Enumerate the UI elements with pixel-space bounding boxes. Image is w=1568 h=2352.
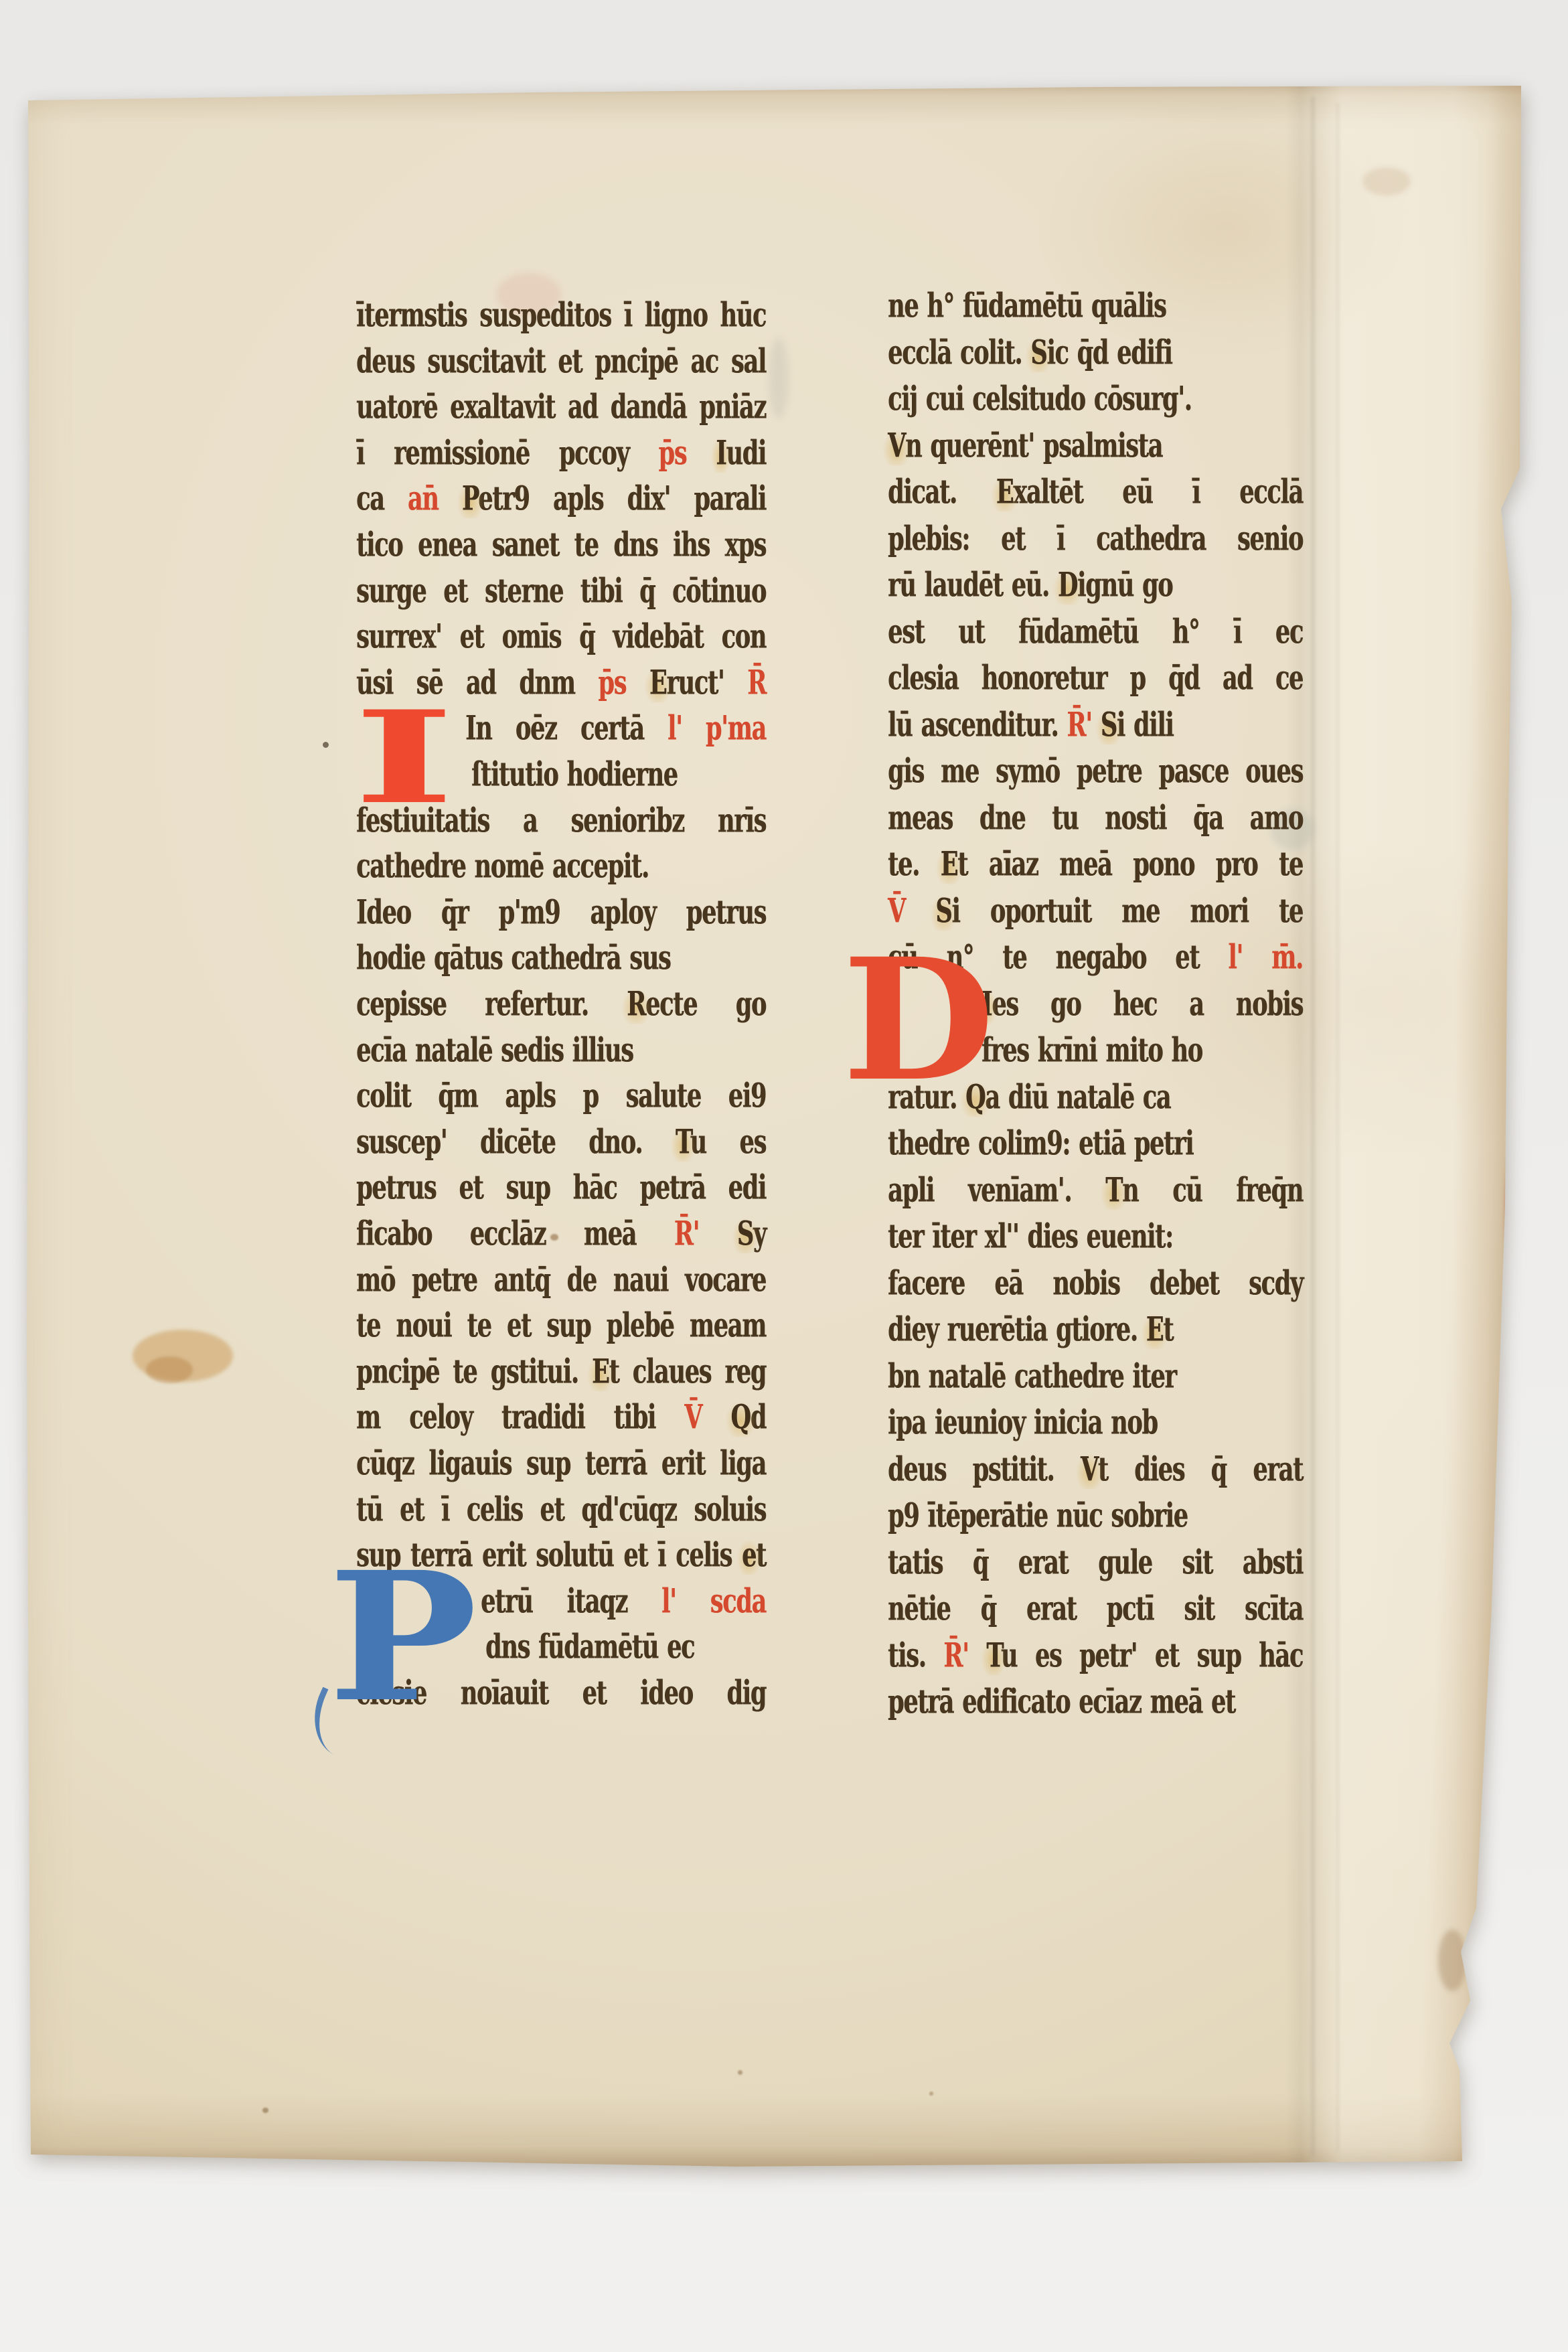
body-text: ī remissionē pccoy bbox=[356, 434, 658, 473]
body-text: rū laudēt eū. bbox=[888, 566, 1058, 605]
body-text: est ut fūdamētū h° ī ec bbox=[888, 613, 1303, 651]
fold-seam-line-2 bbox=[1336, 103, 1339, 2152]
body-text: u es petr' et sup hāc bbox=[1001, 1636, 1303, 1675]
body-text: uatorē exaltavit ad dandā pniāz bbox=[356, 388, 766, 426]
gold-touched-capital: R bbox=[627, 985, 645, 1024]
gold-touched-capital: E bbox=[592, 1352, 609, 1391]
text-line-content: apli venīam'. Tn cū freq̄n bbox=[888, 1171, 1303, 1210]
text-line-content: m celoy tradidi tibi V̄ Qd bbox=[356, 1398, 766, 1437]
body-text: dns fūdamētū ec bbox=[485, 1628, 694, 1666]
gold-touched-capital: e bbox=[742, 1536, 756, 1575]
gold-touched-capital: I bbox=[716, 434, 726, 473]
text-line-content: colit q̄m apls p salute ei9 bbox=[356, 1077, 766, 1115]
body-text: a diū natalē ca bbox=[985, 1078, 1170, 1117]
body-text: i oportuit me mori te bbox=[951, 892, 1303, 931]
body-text: ītermstis suspeditos ī ligno hūc bbox=[356, 296, 766, 335]
body-text: etr9 apls dix' parali bbox=[478, 479, 766, 518]
text-line-content: etrū itaqz l' scda bbox=[481, 1582, 766, 1621]
rubric-text: an̄ bbox=[408, 479, 462, 518]
text-line-content: facere eā nobis debet scdy bbox=[888, 1264, 1303, 1303]
manuscript-leaf-wrap: ītermstis suspeditos ī ligno hūcdeus sus… bbox=[27, 83, 1524, 2169]
photo-of-manuscript: { "photo": { "backdrop_color": "#edecea"… bbox=[0, 0, 1568, 2352]
text-line-content: tico enea sanet te dns ihs xps bbox=[356, 526, 766, 564]
body-text: deus suscitavit et pncipē ac sal bbox=[356, 342, 766, 381]
body-text: udi bbox=[726, 434, 766, 473]
gold-touched-capital: E bbox=[1146, 1310, 1163, 1349]
text-line-content: fres krīni mito ho bbox=[982, 1031, 1202, 1070]
speck-bottom-2 bbox=[738, 2070, 742, 2075]
text-line-content: ſtitutio hodierne bbox=[471, 755, 678, 794]
body-text: colit q̄m apls p salute ei9 bbox=[356, 1077, 766, 1115]
body-text: fres krīni mito ho bbox=[982, 1031, 1202, 1070]
text-line-content: In oēz certā l' p'ma bbox=[465, 709, 766, 748]
body-text: u es bbox=[690, 1123, 767, 1162]
text-line-content: tatis q̄ erat gule sit absti bbox=[888, 1543, 1303, 1582]
body-text: hodie qātus cathedrā sus bbox=[356, 939, 670, 977]
text-line-content: meas dne tu nosti q̄a amo bbox=[888, 799, 1303, 838]
body-text: In oēz certā bbox=[465, 709, 668, 748]
text-line-content: p9 ītēperātie nūc sobrie bbox=[888, 1496, 1188, 1535]
gold-touched-capital: E bbox=[996, 473, 1013, 512]
body-text: meas dne tu nosti q̄a amo bbox=[888, 799, 1303, 838]
text-line-content: ītermstis suspeditos ī ligno hūc bbox=[356, 296, 766, 335]
rubric-text: p̄s bbox=[658, 434, 716, 473]
body-text: facere eā nobis debet scdy bbox=[888, 1264, 1303, 1303]
illuminated-initial-D: D bbox=[842, 936, 995, 1103]
body-text: xaltēt eū ī ecclā bbox=[1013, 473, 1303, 512]
gold-touched-capital: S bbox=[1030, 333, 1046, 372]
body-text: es go hec a nobis bbox=[992, 985, 1303, 1024]
body-text: gis me symō petre pasce oues bbox=[888, 752, 1303, 791]
body-text: ne h° fūdamētū quālis bbox=[888, 287, 1166, 325]
body-text: p9 ītēperātie nūc sobrie bbox=[888, 1496, 1188, 1535]
text-line-content: plebis: et ī cathedra senio bbox=[888, 520, 1303, 558]
text-line-content: ca an̄ Petr9 apls dix' parali bbox=[356, 479, 766, 518]
gold-touched-capital: Q bbox=[730, 1398, 750, 1437]
body-text: tis. bbox=[888, 1636, 943, 1675]
gold-touched-capital: T bbox=[1105, 1171, 1122, 1210]
text-line: petrā edificato ecīaz meā et bbox=[888, 1689, 1303, 1736]
rubric-text: V̄ bbox=[684, 1398, 730, 1437]
body-text: i dili bbox=[1117, 706, 1174, 744]
body-text: ſtitutio hodierne bbox=[471, 755, 678, 794]
gold-touched-capital: S bbox=[737, 1214, 753, 1253]
text-line-content: dns fūdamētū ec bbox=[485, 1628, 694, 1666]
rubric-text: l' p'ma bbox=[668, 709, 766, 748]
body-text: cij cui celsitudo cōsurg'. bbox=[888, 380, 1192, 418]
body-text: ecīa natalē sedis illius bbox=[356, 1031, 633, 1070]
text-line-content: diey ruerētia gtiore. Et bbox=[888, 1310, 1173, 1349]
body-text: ruct' bbox=[666, 663, 747, 702]
text-line-content: clesia honoretur p q̄d ad ce bbox=[888, 659, 1303, 698]
body-text: dicat. bbox=[888, 473, 996, 512]
body-text: surge et sterne tibi q̄ cōtinuo bbox=[356, 572, 766, 611]
body-text: bn natalē cathedre iter bbox=[888, 1357, 1176, 1396]
gold-touched-capital: D bbox=[1058, 566, 1077, 605]
body-text: tū et ī celis et qd'cūqz soluis bbox=[356, 1490, 766, 1529]
text-line-content: surrex' et omīs q̄ videbāt con bbox=[356, 617, 766, 656]
speck-bottom-1 bbox=[262, 2108, 268, 2113]
body-text: pncipē te gstitui. bbox=[356, 1352, 592, 1391]
edge-red-fibres bbox=[1505, 1142, 1522, 1286]
gold-touched-capital: E bbox=[649, 663, 666, 702]
body-text: t dies q̄ erat bbox=[1098, 1450, 1303, 1489]
body-text: petrus et sup hāc petrā edi bbox=[356, 1168, 766, 1207]
body-text: etrū itaqz bbox=[481, 1582, 661, 1621]
text-line-content: ficabo ecclāz meā R̄' Sy bbox=[356, 1214, 766, 1253]
body-text: mō petre antq̄ de naui vocare bbox=[356, 1261, 766, 1300]
text-line-content: te noui te et sup plebē meam bbox=[356, 1306, 766, 1345]
text-line-content: rū laudēt eū. Dignū go bbox=[888, 566, 1172, 605]
body-text: ecte go bbox=[645, 985, 766, 1024]
gutter-smudge bbox=[769, 338, 789, 418]
rubric-text: R̄ bbox=[747, 663, 766, 702]
text-line-content: tis. R̄' Tu es petr' et sup hāc bbox=[888, 1636, 1303, 1675]
body-text: ficabo ecclāz meā bbox=[356, 1214, 674, 1253]
text-line-content: ter īter xl'' dies euenit: bbox=[888, 1217, 1173, 1256]
text-line-content: te. Et aīaz meā pono pro te bbox=[888, 845, 1303, 884]
fold-seam-line bbox=[1311, 96, 1315, 2156]
body-text: cūqz ligauis sup terrā erit liga bbox=[356, 1444, 766, 1483]
body-text: deus pstitit. bbox=[888, 1450, 1081, 1489]
text-line-content: ne h° fūdamētū quālis bbox=[888, 287, 1166, 325]
body-text: ic q̄d edifi bbox=[1046, 333, 1172, 372]
body-text: t claues reg bbox=[609, 1352, 766, 1391]
edge-tear-shadow bbox=[1438, 1930, 1466, 1991]
gold-touched-capital: P bbox=[462, 479, 478, 518]
illuminated-initial-I: I bbox=[354, 694, 455, 821]
body-text: te. bbox=[888, 845, 941, 884]
body-text: ecclā colit. bbox=[888, 333, 1030, 372]
text-line-content: hodie qātus cathedrā sus bbox=[356, 939, 670, 977]
stain-left-margin-2 bbox=[146, 1356, 193, 1383]
body-text: m celoy tradidi tibi bbox=[356, 1398, 684, 1437]
text-line-content: tū et ī celis et qd'cūqz soluis bbox=[356, 1490, 766, 1529]
body-text: n cū freq̄n bbox=[1122, 1171, 1303, 1210]
text-line-content: deus pstitit. Vt dies q̄ erat bbox=[888, 1450, 1303, 1489]
body-text: lū ascenditur. bbox=[888, 706, 1067, 744]
gold-touched-capital: T bbox=[986, 1636, 1001, 1675]
body-text: n querēnt' psalmista bbox=[905, 426, 1162, 465]
text-line-content: deus suscitavit et pncipē ac sal bbox=[356, 342, 766, 381]
text-line-content: thedre colim9: etiā petri bbox=[888, 1124, 1193, 1163]
gold-touched-capital: T bbox=[676, 1123, 690, 1162]
body-text: tico enea sanet te dns ihs xps bbox=[356, 526, 766, 564]
text-line-content: cij cui celsitudo cōsurg'. bbox=[888, 380, 1192, 418]
body-text: ter īter xl'' dies euenit: bbox=[888, 1217, 1173, 1256]
gold-touched-capital: V bbox=[1081, 1450, 1098, 1489]
top-right-foxing bbox=[1362, 167, 1411, 195]
body-text: nētie q̄ erat pctī sit scīta bbox=[888, 1589, 1303, 1628]
text-line-content: uatorē exaltavit ad dandā pniāz bbox=[356, 388, 766, 426]
text-line-content: nētie q̄ erat pctī sit scīta bbox=[888, 1589, 1303, 1628]
text-line-content: petrus et sup hāc petrā edi bbox=[356, 1168, 766, 1207]
body-text: plebis: et ī cathedra senio bbox=[888, 520, 1303, 558]
body-text: tatis q̄ erat gule sit absti bbox=[888, 1543, 1303, 1582]
body-text: te noui te et sup plebē meam bbox=[356, 1306, 766, 1345]
speck-bottom-3 bbox=[929, 2092, 933, 2096]
body-text: ca bbox=[356, 479, 408, 518]
ink-speck bbox=[323, 742, 329, 748]
gold-touched-capital: S bbox=[1101, 706, 1117, 744]
body-text: t aīaz meā pono pro te bbox=[957, 845, 1303, 884]
text-line-content: bn natalē cathedre iter bbox=[888, 1357, 1176, 1396]
text-line-content: ipa ieunioy inicia nob bbox=[888, 1403, 1158, 1442]
body-text: cepisse refertur. bbox=[356, 985, 627, 1024]
body-text: petrā edificato ecīaz meā et bbox=[888, 1682, 1235, 1721]
text-line-content: surge et sterne tibi q̄ cōtinuo bbox=[356, 572, 766, 611]
text-line-content: est ut fūdamētū h° ī ec bbox=[888, 613, 1303, 651]
text-line-content: Ies go hec a nobis bbox=[982, 985, 1303, 1024]
body-text: apli venīam'. bbox=[888, 1171, 1105, 1210]
text-line-content: cūqz ligauis sup terrā erit liga bbox=[356, 1444, 766, 1483]
body-text: cathedre nomē accepit. bbox=[356, 847, 649, 886]
text-line-content: gis me symō petre pasce oues bbox=[888, 752, 1303, 791]
gold-touched-capital: E bbox=[941, 845, 957, 884]
rubric-text: R̄' bbox=[674, 1214, 737, 1253]
body-text: thedre colim9: etiā petri bbox=[888, 1124, 1193, 1163]
text-line-content: pncipē te gstitui. Et claues reg bbox=[356, 1352, 766, 1391]
text-line-content: ī remissionē pccoy p̄s Iudi bbox=[356, 434, 766, 473]
text-line-content: ecclā colit. Sic q̄d edifi bbox=[888, 333, 1172, 372]
gold-touched-capital: V bbox=[888, 426, 905, 465]
text-line-content: Ideo q̄r p'm9 aploy petrus bbox=[356, 893, 766, 932]
rubric-text: R̄' bbox=[943, 1636, 986, 1675]
text-line-content: mō petre antq̄ de naui vocare bbox=[356, 1261, 766, 1300]
text-line-content: dicat. Exaltēt eū ī ecclā bbox=[888, 473, 1303, 512]
body-text: ipa ieunioy inicia nob bbox=[888, 1403, 1158, 1442]
body-text: ignū go bbox=[1077, 566, 1172, 605]
text-line-content: lū ascenditur. R̄' Si dili bbox=[888, 706, 1173, 744]
text-line-content: suscep' dicēte dno. Tu es bbox=[356, 1123, 766, 1162]
body-text: clesia honoretur p q̄d ad ce bbox=[888, 659, 1303, 698]
text-line-content: cepisse refertur. Recte go bbox=[356, 985, 766, 1024]
manuscript-leaf: ītermstis suspeditos ī ligno hūcdeus sus… bbox=[27, 83, 1524, 2169]
rubric-text: p̄s bbox=[598, 663, 649, 702]
body-text: Ideo q̄r p'm9 aploy petrus bbox=[356, 893, 766, 932]
text-line-content: Vn querēnt' psalmista bbox=[888, 426, 1162, 465]
rubric-text: l' scda bbox=[661, 1582, 766, 1621]
text-line-content: cathedre nomē accepit. bbox=[356, 847, 649, 886]
body-text: suscep' dicēte dno. bbox=[356, 1123, 676, 1162]
rubric-text: l' m̄. bbox=[1228, 938, 1303, 977]
text-line-content: ecīa natalē sedis illius bbox=[356, 1031, 633, 1070]
body-text: diey ruerētia gtiore. bbox=[888, 1310, 1146, 1349]
body-text: surrex' et omīs q̄ videbāt con bbox=[356, 617, 766, 656]
text-line-content: petrā edificato ecīaz meā et bbox=[888, 1682, 1235, 1721]
